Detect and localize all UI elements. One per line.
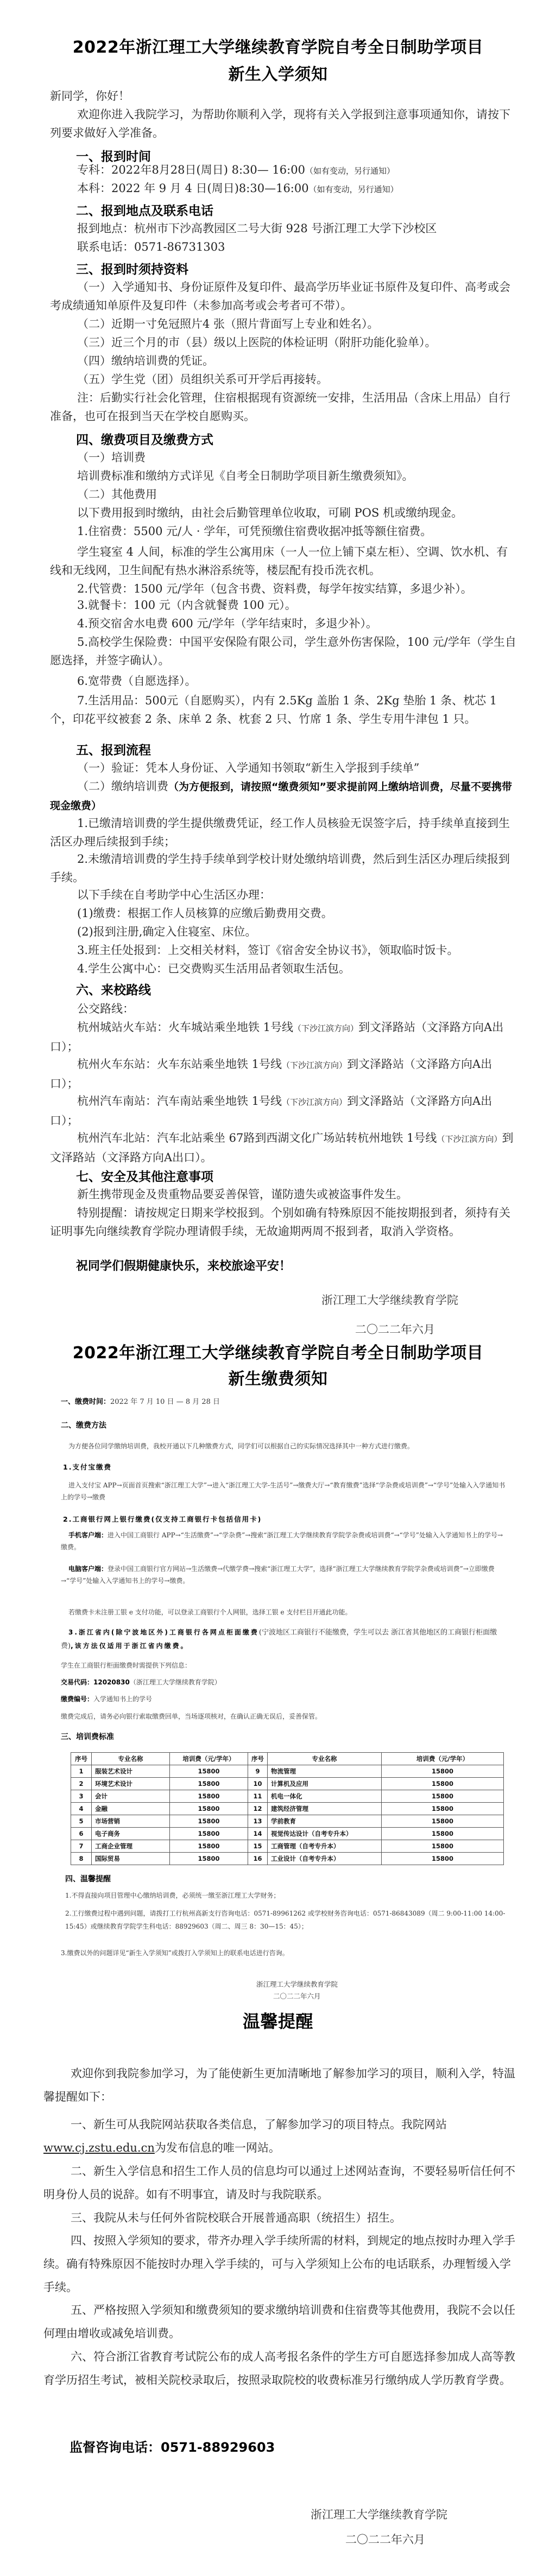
icbc-mobile-text: 进入中国工商银行 APP→“生活缴费”→“学杂费”→搜索“浙江理工大学继续教育学…	[61, 1531, 503, 1551]
process-apartment: 4.学生公寓中心：已交费购买生活用品者领取生活包。	[77, 959, 544, 978]
alipay-heading: 1.支付宝缴费	[63, 1462, 112, 1472]
materials-item-4: （四）缴纳培训费的凭证。	[77, 352, 544, 370]
cell-major: 工商管理（自考专升本）	[268, 1840, 382, 1853]
intro-paragraph: 欢迎你进入我院学习，为帮助你顺利入学，现将有关入学报到注意事项通知你，请按下列要…	[50, 105, 517, 142]
cell-major: 计算机及应用	[268, 1778, 382, 1790]
reminder-item-4: 四、按照入学须知的要求，带齐办理入学手续所需的材料，到规定的地点按时办理入学手续…	[43, 2229, 516, 2299]
cell-no: 15	[248, 1840, 268, 1853]
cell-fee: 15800	[170, 1828, 248, 1840]
materials-item-3: （三）近三个月的市（县）级以上医院的体检证明（附肝功能化验单）。	[77, 333, 544, 352]
cell-fee: 15800	[170, 1853, 248, 1865]
fee-signature-date: 二〇二二年六月	[273, 1992, 321, 2001]
table-row: 6 电子商务 15800 14 视觉传达设计（自考专升本） 15800	[71, 1828, 504, 1840]
cell-major: 物流管理	[268, 1765, 382, 1778]
reminder-item-3: 三、我院从未与任何外省院校联合开展普通高职（统招生）招生。	[43, 2206, 516, 2230]
icbc-mobile-steps: 手机客户端：进入中国工商银行 APP→“生活缴费”→“学杂费”→搜索“浙江理工大…	[61, 1529, 506, 1553]
fee-standard-table: 序号 专业名称 培训费（元/学年） 序号 专业名称 培训费（元/学年） 1 服装…	[71, 1752, 504, 1865]
cell-no: 1	[71, 1765, 92, 1778]
table-header-row: 序号 专业名称 培训费（元/学年） 序号 专业名称 培训费（元/学年）	[71, 1753, 504, 1765]
fee-broadband: 6.宽带费（自愿选择）。	[77, 672, 544, 690]
reminder-signature-org: 浙江理工大学继续教育学院	[311, 2506, 447, 2522]
section-heading-safety: 七、安全及其他注意事项	[76, 1167, 213, 1185]
route-south-from: 杭州汽车南站：汽车南站乘坐地铁 1号线	[77, 1095, 282, 1108]
cell-no: 5	[71, 1815, 92, 1828]
benke-date: 本科：2022 年 9 月 4 日(周日)8:30—16:00（如有变动，另行通…	[77, 179, 544, 199]
fee-utilities: 4.预交宿舍水电费 600 元/学年（学年结束时，多退少补）。	[77, 614, 544, 633]
fee-signature-org: 浙江理工大学继续教育学院	[256, 1980, 338, 1989]
process-teacher-report: 3.班主任处报到：上交相关材料，签订《宿舍安全协议书》，领取临时饭卡。	[77, 941, 544, 959]
fee-standard-heading: 三、培训费标准	[61, 1731, 114, 1742]
section-heading-route: 六、来校路线	[76, 980, 151, 998]
route-south-dir: （下沙江滨方向）	[282, 1097, 347, 1107]
cell-no: 14	[248, 1828, 268, 1840]
route-city-station: 杭州城站火车站：火车城站乘坐地铁 1号线（下沙江滨方向）到文泽路站（文泽路方向A…	[50, 1018, 517, 1056]
trade-code-label: 交易代码：	[61, 1678, 93, 1686]
benke-date-text: 本科：2022 年 9 月 4 日(周日)8:30—16:00	[77, 182, 309, 195]
cell-fee: 15800	[170, 1803, 248, 1815]
cell-no: 2	[71, 1778, 92, 1790]
cell-no: 7	[71, 1840, 92, 1853]
reminder-item-6: 六、符合浙江省教育考试院公布的成人高考报名条件的学生方可自愿选择参加成人高等教育…	[43, 2345, 516, 2392]
payment-methods-heading: 二、缴费方法	[61, 1420, 106, 1430]
icbc-mobile-label: 手机客户端：	[68, 1531, 108, 1539]
cell-major: 工业设计（自考专升本）	[268, 1853, 382, 1865]
icbc-pc-text: 登录中国工商银行官方网站→生活缴费→代缴学费→搜索“浙江理工大学”，选择“浙江理…	[61, 1565, 495, 1585]
process-unpaid-students: 2.未缴清培训费的学生持手续单到学校计财处缴纳培训费，然后到生活区办理后续报到手…	[50, 850, 517, 887]
zhuanke-date: 专科：2022年8月28日(周日) 8:30— 16:00（如有变动，另行通知）	[77, 161, 544, 180]
reminder-item-1-after: 为发布信息的唯一网站。	[155, 2141, 280, 2154]
tip-1: 1.不得直接向项目管理中心缴纳培训费，必须统一缴至浙江理工大学财务；	[65, 1891, 510, 1900]
cell-fee: 15800	[170, 1765, 248, 1778]
cell-no: 9	[248, 1765, 268, 1778]
other-fees-title: （二）其他费用	[77, 485, 544, 504]
payment-period-value: 2022 年 7 月 10 日 — 8 月 28 日	[110, 1398, 220, 1406]
route-south-bus-station: 杭州汽车南站：汽车南站乘坐地铁 1号线（下沙江滨方向）到文泽路站（文泽路方向A出…	[50, 1092, 517, 1130]
admission-signature-org: 浙江理工大学继续教育学院	[321, 1292, 458, 1308]
cell-major: 市场营销	[92, 1815, 170, 1828]
tip-3: 3.缴费以外的问题详见“新生入学须知”或拨打入学须知上的联系电话进行咨询。	[61, 1948, 506, 1958]
training-fee-text: 培训费标准和缴纳方式详见《自考全日制助学项目新生缴费须知》。	[77, 467, 544, 485]
table-row: 5 市场营销 15800 13 学前教育 15800	[71, 1815, 504, 1828]
materials-item-2: （二）近期一寸免冠照片4 张（照片背面写上专业和姓名）。	[77, 315, 544, 333]
reminder-item-5: 五、严格按照入学须知和缴费须知的要求缴纳培训费和住宿费等其他费用，我院不会以任何…	[43, 2299, 516, 2345]
route-north-dir: （下沙江滨方向）	[437, 1134, 502, 1144]
cell-fee: 15800	[382, 1853, 504, 1865]
reminder-intro: 欢迎你到我院参加学习，为了能使新生更加清晰地了解参加学习的项目，顺利入学，特温馨…	[43, 2062, 516, 2109]
training-fee-title: （一）培训费	[77, 448, 544, 467]
route-city-station-from: 杭州城站火车站：火车城站乘坐地铁 1号线	[77, 1021, 293, 1034]
col-header-fee: 培训费（元/学年）	[170, 1753, 248, 1765]
alipay-steps: 进入支付宝 APP→页面首页搜索“浙江理工大学”→进入“浙江理工大学-生活号”→…	[61, 1479, 506, 1503]
payment-methods-intro: 为方便各位同学缴纳培训费，我校开通以下几种缴费方式，同学们可以根据自己的实际情况…	[61, 1441, 506, 1451]
payment-id-label: 缴费编号：	[61, 1695, 93, 1703]
life-area-step-1: (1)缴费：根据工作人员核算的应缴后勤费用交费。	[77, 904, 544, 923]
table-row: 4 金融 15800 12 建筑经济管理 15800	[71, 1803, 504, 1815]
cell-major: 服装艺术设计	[92, 1765, 170, 1778]
admission-title-line1: 2022年浙江理工大学继续教育学院自考全日制助学项目	[0, 34, 556, 58]
fee-insurance: 5.高校学生保险费：中国平安保险有限公司，学生意外伤害保险，100 元/学年（学…	[50, 633, 517, 670]
cell-no: 10	[248, 1778, 268, 1790]
table-row: 3 会计 15800 11 机电一体化 15800	[71, 1790, 504, 1803]
trade-code: 交易代码：12020830（浙江理工大学继续教育学院）	[61, 1677, 506, 1687]
reminder-item-2: 二、新生入学信息和招生工作人员的信息均可以通过上述网站查询，不要轻易听信任何不明…	[43, 2160, 516, 2206]
bus-route-label: 公交路线：	[77, 1000, 544, 1018]
payment-period: 一、缴费时间：2022 年 7 月 10 日 — 8 月 28 日	[61, 1397, 506, 1407]
cell-major: 机电一体化	[268, 1790, 382, 1803]
cell-major: 环境艺术设计	[92, 1778, 170, 1790]
cell-fee: 15800	[170, 1790, 248, 1803]
section-heading-fees: 四、缴费项目及缴费方式	[76, 430, 213, 448]
admission-title-line2: 新生入学须知	[0, 61, 556, 85]
reminder-item-1-text: 一、新生可从我院网站获取各类信息，了解参加学习的项目特点。我院网站	[71, 2118, 447, 2131]
payment-id: 缴费编号：入学通知书上的学号	[61, 1694, 506, 1704]
icbc-epay-note: 若缴费卡未注册工银 e 支付功能，可以登录工商银行个人网银，选择工银 e 支付栏…	[61, 1607, 506, 1617]
cell-fee: 15800	[382, 1803, 504, 1815]
payment-period-label: 一、缴费时间：	[61, 1398, 110, 1406]
col-header-major-2: 专业名称	[268, 1753, 382, 1765]
cell-major: 学前教育	[268, 1815, 382, 1828]
fee-title-line2: 新生缴费须知	[0, 1365, 556, 1389]
fee-daily-supplies: 7.生活用品：500元（自愿购买），内有 2.5Kg 盖胎 1 条、2Kg 垫胎…	[50, 691, 517, 728]
cell-fee: 15800	[382, 1790, 504, 1803]
fee-title-line1: 2022年浙江理工大学继续教育学院自考全日制助学项目	[0, 1339, 556, 1363]
process-step-pay-label: （二）缴纳培训费	[77, 780, 168, 793]
icbc-counter-method: 3.浙江省内(除宁波地区外)工商银行各网点柜面缴费(宁波地区工商银行不能缴费，学…	[61, 1626, 506, 1653]
cell-major: 电子商务	[92, 1828, 170, 1840]
trade-code-note: （浙江理工大学继续教育学院）	[130, 1678, 221, 1686]
college-website-link[interactable]: www.cj.zstu.edu.cn	[43, 2141, 155, 2154]
cell-no: 3	[71, 1790, 92, 1803]
process-step-pay: （二）缴纳培训费（为方便报到，请按照“缴费须知”要求提前网上缴纳培训费，尽量不要…	[50, 777, 517, 815]
icbc-counter-heading: 3.浙江省内(除宁波地区外)工商银行各网点柜面缴费	[68, 1629, 259, 1636]
cell-major: 视觉传达设计（自考专升本）	[268, 1828, 382, 1840]
cell-no: 16	[248, 1853, 268, 1865]
other-fees-intro: 以下费用报到时缴纳，由社会后勤管理单位收取，可刷 POS 机或缴纳现金。	[77, 504, 544, 522]
col-header-no: 序号	[71, 1753, 92, 1765]
admission-signature-date: 二〇二二年六月	[355, 1321, 435, 1337]
cell-major: 建筑经济管理	[268, 1803, 382, 1815]
supervision-hotline: 监督咨询电话：0571-88929603	[69, 2437, 275, 2456]
section-heading-location: 二、报到地点及联系电话	[76, 201, 213, 219]
col-header-fee-2: 培训费（元/学年）	[382, 1753, 504, 1765]
cell-major: 工商企业管理	[92, 1840, 170, 1853]
safety-paragraph: 新生携带现金及贵重物品要妥善保管，谨防遗失或被盗事件发生。	[77, 1185, 544, 1204]
route-east-station-dir: （下沙江滨方向）	[282, 1060, 347, 1070]
zhuanke-date-note: （如有变动，另行通知）	[305, 166, 395, 176]
process-paid-students: 1.已缴清培训费的学生提供缴费凭证，经工作人员核验无误签字后，持手续单直接到生活…	[50, 814, 517, 851]
section-heading-process: 五、报到流程	[76, 740, 151, 758]
cell-fee: 15800	[382, 1778, 504, 1790]
cell-fee: 15800	[382, 1840, 504, 1853]
cell-no: 11	[248, 1790, 268, 1803]
route-north-from: 杭州汽车北站：汽车北站乘坐 67路到西湖文化广场站转杭州地铁 1号线	[77, 1131, 437, 1144]
icbc-counter-suffix: ,该方法仅适用于浙江省内缴费。	[71, 1642, 189, 1650]
zhuanke-date-text: 专科：2022年8月28日(周日) 8:30— 16:00	[77, 163, 305, 176]
wish-text: 祝同学们假期健康快乐，来校旅途平安！	[76, 1257, 291, 1274]
logistics-note: 注：后勤实行社会化管理，住宿根据现有资源统一安排，生活用品（含床上用品）自行准备…	[50, 389, 517, 425]
life-area-intro: 以下手续在自考助学中心生活区办理：	[77, 886, 544, 904]
icbc-pc-label: 电脑客户端：	[68, 1565, 108, 1573]
cell-fee: 15800	[382, 1815, 504, 1828]
cell-no: 4	[71, 1803, 92, 1815]
cell-no: 12	[248, 1803, 268, 1815]
fee-management: 2.代管费：1500 元/学年（包含书费、资料费，每学年按实结算，多退少补）。	[77, 580, 544, 598]
tips-heading: 四、温馨提醒	[65, 1873, 111, 1884]
greeting: 新同学，你好！	[50, 87, 517, 105]
fee-accommodation-detail: 学生寝室 4 人间，标准的学生公寓用床（一人一位上铺下桌左柜）、空调、饮水机、有…	[50, 543, 517, 580]
route-north-bus-station: 杭州汽车北站：汽车北站乘坐 67路到西湖文化广场站转杭州地铁 1号线（下沙江滨方…	[50, 1129, 517, 1167]
cell-fee: 15800	[382, 1765, 504, 1778]
section-heading-materials: 三、报到时须持资料	[76, 259, 188, 277]
cell-no: 8	[71, 1853, 92, 1865]
cell-fee: 15800	[170, 1840, 248, 1853]
materials-item-5: （五）学生党（团）员组织关系可开学后再接转。	[77, 370, 544, 389]
table-row: 1 服装艺术设计 15800 9 物流管理 15800	[71, 1765, 504, 1778]
materials-item-1: （一）入学通知书、身份证原件及复印件、最高学历毕业证书原件及复印件、高考或会考成…	[50, 278, 517, 315]
report-location: 报到地点：杭州市下沙高教园区二号大街 928 号浙江理工大学下沙校区	[77, 219, 544, 238]
cell-no: 13	[248, 1815, 268, 1828]
col-header-no-2: 序号	[248, 1753, 268, 1765]
icbc-pc-steps: 电脑客户端：登录中国工商银行官方网站→生活缴费→代缴学费→搜索“浙江理工大学”，…	[61, 1563, 506, 1587]
table-row: 8 国际贸易 15800 16 工业设计（自考专升本） 15800	[71, 1853, 504, 1865]
route-east-station: 杭州火车东站：火车东站乘坐地铁 1号线（下沙江滨方向）到文泽路站（文泽路方向A出…	[50, 1055, 517, 1093]
reminder-item-1: 一、新生可从我院网站获取各类信息，了解参加学习的项目特点。我院网站www.cj.…	[43, 2113, 516, 2160]
tip-2: 2.工行缴费过程中遇到问题，请拨打工行杭州高新支行咨询电话：0571-89961…	[65, 1907, 510, 1933]
fee-accommodation: 1.住宿费：5500 元/人 · 学年，可凭预缴住宿费收据冲抵等额住宿费。	[77, 522, 544, 540]
table-row: 2 环境艺术设计 15800 10 计算机及应用 15800	[71, 1778, 504, 1790]
col-header-major: 专业名称	[92, 1753, 170, 1765]
table-row: 7 工商企业管理 15800 15 工商管理（自考专升本） 15800	[71, 1840, 504, 1853]
warm-reminder-title: 温馨提醒	[0, 2008, 556, 2033]
cell-no: 6	[71, 1828, 92, 1840]
counter-info-intro: 学生在工商银行柜面缴费时需提供下列信息：	[61, 1661, 506, 1670]
receipt-instruction: 缴费完成后，请务必向银行索取缴费回单，当场逐项核对，在确认正确无误后，妥善保管。	[61, 1712, 506, 1721]
fee-meal-card: 3.就餐卡：100 元（内含就餐费 100 元）。	[77, 596, 544, 614]
special-reminder: 特别提醒：请按规定日期来学校报到。个别如确有特殊原因不能按期报到者，须持有关证明…	[50, 1204, 517, 1241]
process-step-verify: （一）验证：凭本人身份证、入学通知书领取“新生入学报到手续单”	[77, 759, 544, 777]
cell-fee: 15800	[170, 1778, 248, 1790]
payment-id-value: 入学通知书上的学号	[93, 1695, 152, 1703]
route-city-station-dir: （下沙江滨方向）	[293, 1023, 358, 1033]
cell-major: 国际贸易	[92, 1853, 170, 1865]
cell-fee: 15800	[170, 1815, 248, 1828]
icbc-online-heading: 2.工商银行网上银行缴费(仅支持工商银行卡包括信用卡)	[63, 1514, 262, 1524]
benke-date-note: （如有变动，另行通知）	[309, 185, 399, 194]
life-area-step-2: (2)报到注册,确定入住寝室、床位。	[77, 923, 544, 941]
cell-fee: 15800	[382, 1828, 504, 1840]
cell-major: 金融	[92, 1803, 170, 1815]
route-east-station-from: 杭州火车东站：火车东站乘坐地铁 1号线	[77, 1058, 282, 1071]
trade-code-value: 12020830	[93, 1678, 130, 1686]
reminder-signature-date: 二〇二二年六月	[345, 2531, 425, 2547]
cell-major: 会计	[92, 1790, 170, 1803]
contact-phone: 联系电话：0571-86731303	[77, 238, 544, 256]
